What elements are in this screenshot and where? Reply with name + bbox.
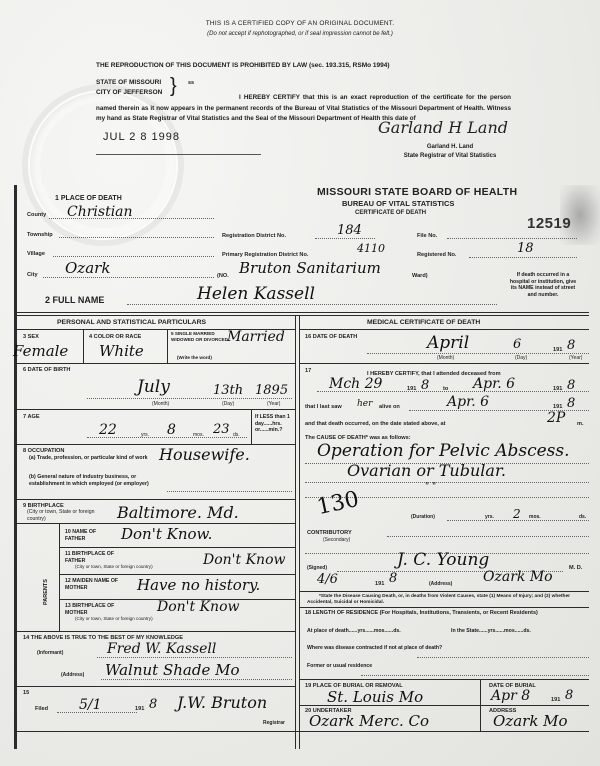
attended-to-value: Apr. 6 [473,376,515,392]
burial-year-prefix: 191 [551,697,560,703]
death-day-hint: (Day) [515,355,527,361]
hospital-note: If death occurred in a hospital or insti… [507,272,579,298]
registered-no-value: 18 [517,241,534,256]
cause-footnote: *State the Disease Causing Death, or, in… [307,594,589,606]
informant-value: Fred W. Kassell [107,641,216,657]
where-contracted-label: Where was disease contracted if not at p… [307,645,447,652]
time-suffix: m. [577,421,584,427]
death-year-suffix: 8 [567,338,575,353]
ss-label: ss [188,80,194,86]
personal-particulars-header: PERSONAL AND STATISTICAL PARTICULARS [57,319,206,326]
reproduction-prohibited-notice: THE REPRODUCTION OF THIS DOCUMENT IS PRO… [96,62,390,69]
undertaker-value: Ozark Merc. Co [309,712,429,730]
attended-from-year-prefix: 191 [407,386,416,392]
duration-ds-label: ds. [579,514,586,520]
at-place-label: At place of death......yrs......mos.....… [307,628,435,635]
institution-value: Bruton Sanitarium [239,259,381,277]
contributory-label: CONTRIBUTORY [307,530,352,536]
parents-label: PARENTS [43,579,49,605]
contributory-hint: (Secondary) [323,537,350,543]
mother-birthplace-value: Don't Know [157,599,239,615]
duration-mos-value: 2 [513,507,521,521]
dob-day-value: 13th [213,383,243,398]
place-of-death-label: 1 PLACE OF DEATH [55,195,122,202]
medical-certificate-header: MEDICAL CERTIFICATE OF DEATH [367,319,480,326]
file-no-label: File No. [417,233,437,239]
marital-hint: (Write the word) [177,355,212,362]
father-name-label: 10 NAME OF FATHER [65,529,110,542]
marital-status-label: 5 SINGLE MARRIED WIDOWED OR DIVORCED [171,331,235,343]
stamp-underline [96,154,261,155]
informant-address-label: (Address) [61,672,84,678]
undertaker-address-value: Ozark Mo [493,712,568,730]
city-value: Ozark [65,259,110,277]
state-label: STATE OF MISSOURI [96,78,162,88]
filed-year-prefix: 191 [135,706,144,712]
father-birthplace-hint: (City or town, State or foreign country) [75,564,153,571]
registrar-label: Registrar [263,720,285,726]
informant-address-value: Walnut Shade Mo [105,661,240,679]
state-registrar-block: Garland H. Land State Registrar of Vital… [400,143,500,161]
age-label: 7 AGE [23,414,40,420]
attended-from-value: Mch 29 [329,376,382,392]
dob-label: 6 DATE OF BIRTH [23,367,70,373]
marital-status-value: Married [227,329,285,345]
occupation-label: 8 OCCUPATION [23,448,64,454]
dob-year-value: 1895 [255,383,288,398]
certified-copy-page: THIS IS A CERTIFIED COPY OF AN ORIGINAL … [0,0,600,766]
filed-section-number: 15 [23,690,29,696]
death-time-value: 2P [547,410,565,426]
last-saw-label: that I last saw [305,404,342,410]
dob-day-hint: (Day) [222,401,234,407]
bureau-title: BUREAU OF VITAL STATISTICS [342,199,454,208]
duration-label: (Duration) [411,514,435,520]
last-saw-date-value: Apr. 6 [447,394,489,410]
board-title: MISSOURI STATE BOARD OF HEALTH [317,186,517,198]
physician-address-label: (Address) [429,581,452,587]
certification-stamp-date: JUL 2 8 1998 [103,131,180,143]
death-certificate-form: MISSOURI STATE BOARD OF HEALTH BUREAU OF… [14,185,600,749]
former-residence-label: Former or usual residence [307,663,377,670]
burial-year-suffix: 8 [565,688,573,703]
death-year-hint: (Year) [569,355,582,361]
age-days-value: 23 [213,422,230,437]
alive-on-label: alive on [379,404,400,410]
birthplace-hint: (City or town, State or foreign country) [27,509,109,522]
age-ds-label: ds. [233,432,240,438]
burial-place-value: St. Louis Mo [327,688,423,706]
cause-line-3: " " [425,482,436,492]
attended-to-year-prefix: 191 [553,386,562,392]
city-field-label: City [27,272,38,278]
mother-maiden-label: 12 MAIDEN NAME OF MOTHER [65,578,130,591]
dob-year-hint: (Year) [267,401,280,407]
occupation-a-label: (a) Trade, profession, or particular kin… [29,455,149,462]
sex-label: 3 SEX [23,334,39,340]
md-label: M. D. [569,565,582,571]
informant-label: (Informant) [37,650,63,656]
color-race-value: White [99,342,144,360]
signed-label: (Signed) [307,565,327,571]
handwritten-annotation: 130 [315,487,361,520]
mother-birthplace-label: 13 BIRTHPLACE OF MOTHER [65,603,125,616]
duration-mos-label: mos. [529,514,541,520]
state-registrar-title: State Registrar of Vital Statistics [400,152,500,161]
age-yrs-label: yrs. [141,432,149,438]
full-name-label: 2 FULL NAME [45,295,104,305]
attended-to-label: to [443,386,448,392]
dob-month-hint: (Month) [152,401,169,407]
cause-line-2: Ovarian or Tubular. [347,461,506,480]
age-months-value: 8 [167,422,176,438]
full-name-value: Helen Kassell [197,284,315,304]
age-mos-label: mos. [193,432,204,438]
cause-line-1: Operation for Pelvic Abscess. [317,441,570,461]
death-year-prefix: 191 [553,347,562,353]
signed-date-value: 4/6 [317,572,338,587]
mother-maiden-value: Have no history. [137,576,260,594]
village-label: Village [27,251,45,257]
date-of-death-label: 16 DATE OF DEATH [305,334,357,340]
certificate-title: CERTIFICATE OF DEATH [355,210,426,216]
physician-signature: J. C. Young [397,550,489,570]
duration-yrs-label: yrs. [485,514,494,520]
filed-date-value: 5/1 [79,697,102,713]
section-17-number: 17 [305,368,311,374]
filed-year-suffix: 8 [149,697,157,712]
county-value: Christian [67,204,133,220]
registered-no-label: Registered No. [417,252,456,258]
residence-label: 18 LENGTH OF RESIDENCE (For Hospitals, I… [305,610,589,617]
state-registrar-name: Garland H. Land [400,143,500,152]
birthplace-value: Baltimore. Md. [117,503,239,522]
ward-label: Ward) [412,273,428,279]
sex-value: Female [13,342,68,360]
mother-birthplace-hint: (City or town, State or foreign country) [75,616,153,623]
attended-to-year: 8 [567,378,575,393]
last-saw-pronoun: her [357,399,372,409]
color-race-label: 4 COLOR OR RACE [89,334,141,340]
in-state-label: In the State......yrs......mos......ds. [451,628,581,635]
death-day-value: 6 [513,337,521,352]
local-registrar-signature: J.W. Bruton [177,693,267,712]
no-label: (NO. [217,273,229,279]
county-label: County [27,212,46,218]
father-birthplace-value: Don't Know [203,552,285,568]
file-number-stamp: 12519 [527,215,571,232]
death-month-value: April [427,333,469,353]
certified-copy-notice: THIS IS A CERTIFIED COPY OF AN ORIGINAL … [0,20,600,27]
occupation-b-label: (b) General nature of industry business,… [29,474,164,487]
death-time-label: and that death occurred, on the date sta… [305,421,446,427]
registration-district-value: 184 [337,223,362,238]
father-name-value: Don't Know. [121,525,212,543]
death-month-hint: (Month) [437,355,454,361]
last-saw-year: 8 [567,396,575,411]
primary-district-label: Primary Registration District No. [222,252,308,258]
registration-district-label: Registration District No. [222,233,286,239]
father-birthplace-label: 11 BIRTHPLACE OF FATHER [65,551,125,564]
less-than-day-label: If LESS than 1 day......hrs. or......min… [255,414,295,434]
dob-month-value: July [137,377,170,397]
occupation-a-value: Housewife. [159,445,250,464]
primary-district-value: 4110 [357,242,385,255]
attended-from-year: 8 [421,378,429,393]
signed-year-prefix: 191 [375,581,384,587]
township-label: Township [27,232,53,238]
burial-date-value: Apr 8 [491,688,530,704]
physician-address-value: Ozark Mo [483,569,553,585]
signed-year-suffix: 8 [389,571,397,586]
state-registrar-signature: Garland H Land [378,118,508,137]
filed-label: Filed [35,706,48,712]
age-years-value: 22 [99,422,117,438]
rephotograph-warning: (Do not accept if rephotographed, or if … [0,31,600,37]
